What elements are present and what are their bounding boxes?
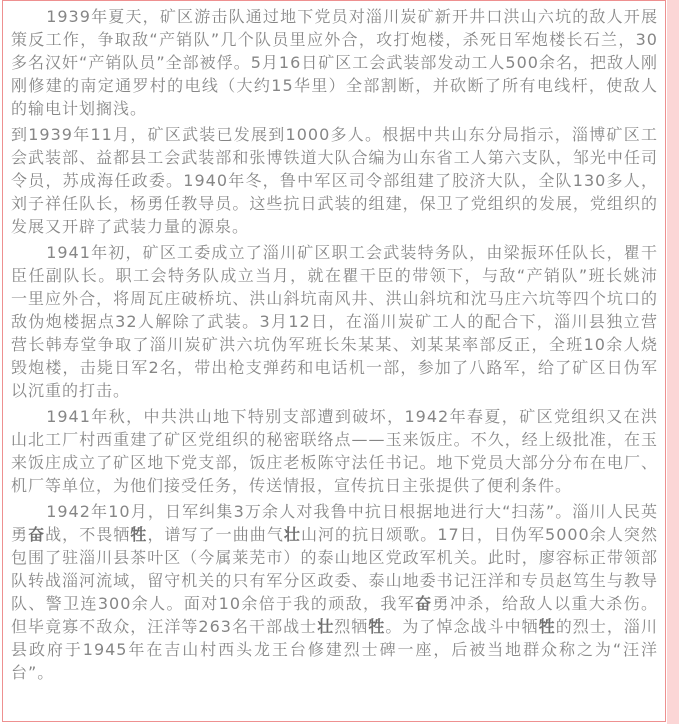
emphasized-char: 牲: [130, 525, 147, 544]
emphasized-char: 奋: [415, 594, 432, 613]
page-right-margin-strip: [667, 0, 679, 724]
emphasized-char: 奋: [28, 525, 45, 544]
paragraph: 到1939年11月，矿区武装已发展到1000多人。根据中共山东分局指示，淄博矿区…: [11, 123, 658, 238]
content-frame: 1939年夏天，矿区游击队通过地下党员对淄川炭矿新开井口洪山六坑的敌人开展策反工…: [2, 0, 666, 722]
emphasized-char: 牲: [368, 617, 385, 636]
paragraph: 1939年夏天，矿区游击队通过地下党员对淄川炭矿新开井口洪山六坑的敌人开展策反工…: [11, 5, 658, 120]
paragraph: 1942年10月，日军纠集3万余人对我鲁中抗日根据地进行大“扫荡”。淄川人民英勇…: [11, 500, 658, 684]
emphasized-char: 壮: [284, 525, 301, 544]
paragraph: 1941年初，矿区工委成立了淄川矿区职工会武装特务队，由梁振环任队长，瞿干臣任副…: [11, 241, 658, 402]
paragraph: 1941年秋，中共洪山地下特别支部遭到破坏，1942年春夏，矿区党组织又在洪山北…: [11, 405, 658, 497]
emphasized-char: 牲: [539, 617, 556, 636]
article-body: 1939年夏天，矿区游击队通过地下党员对淄川炭矿新开井口洪山六坑的敌人开展策反工…: [3, 1, 665, 691]
emphasized-char: 壮: [317, 617, 334, 636]
